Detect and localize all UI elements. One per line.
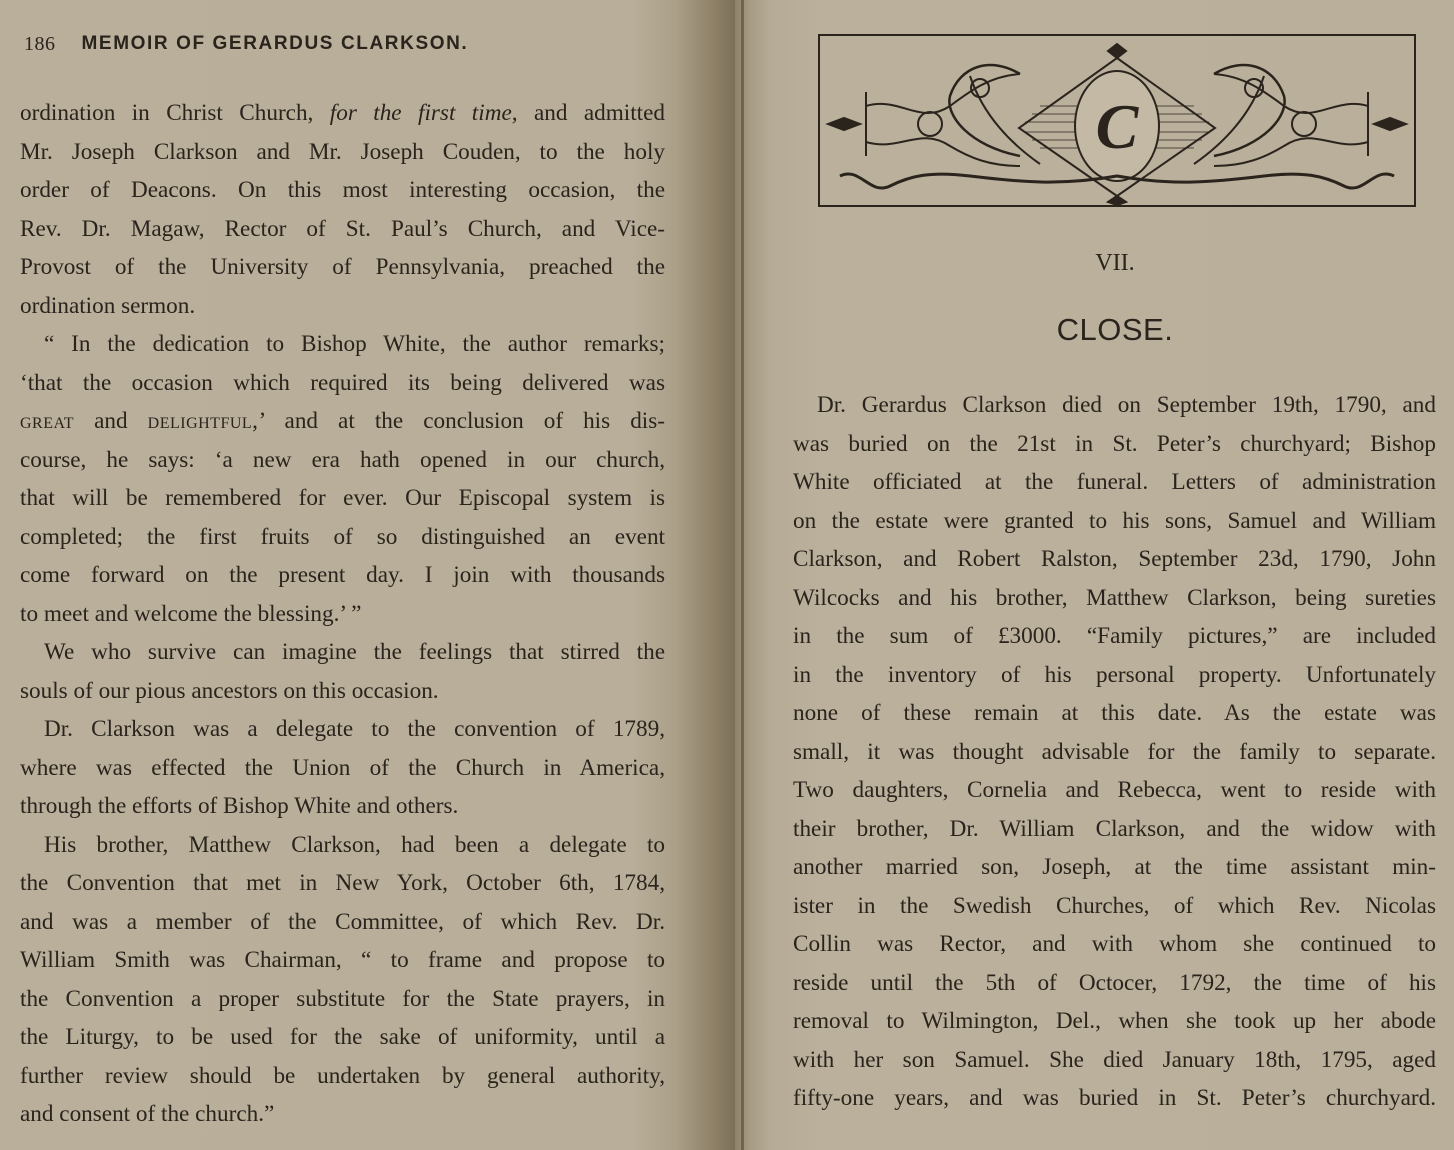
text-line: ‘that the occasion which required its be… — [20, 364, 665, 403]
ornament-initial-letter: C — [1096, 91, 1140, 162]
text-line: Dr. Clarkson was a delegate to the conve… — [20, 710, 665, 749]
text-line: Collin was Rector, and with whom she con… — [793, 925, 1436, 964]
text-line: souls of our pious ancestors on this occ… — [20, 672, 665, 711]
text-line: come forward on the present day. I join … — [20, 556, 665, 595]
text-line: further review should be undertaken by g… — [20, 1057, 665, 1096]
text-line: ordination sermon. — [20, 287, 665, 326]
text-line: another married son, Joseph, at the time… — [793, 848, 1436, 887]
text-line: We who survive can imagine the feelings … — [20, 633, 665, 672]
small-caps-word: great — [20, 408, 74, 434]
decorative-headpiece-ornament: C — [818, 34, 1416, 207]
text-line: through the efforts of Bishop White and … — [20, 787, 665, 826]
text-line: fifty-one years, and was buried in St. P… — [793, 1079, 1436, 1118]
text-line: where was effected the Union of the Chur… — [20, 749, 665, 788]
text-line: ordination in Christ Church, for the fir… — [20, 94, 665, 133]
text-line: that will be remembered for ever. Our Ep… — [20, 479, 665, 518]
text-line: was buried on the 21st in St. Peter’s ch… — [793, 425, 1436, 464]
text-line: completed; the first fruits of so distin… — [20, 518, 665, 557]
text-line: none of these remain at this date. As th… — [793, 694, 1436, 733]
text-line: to meet and welcome the blessing.’ ” — [20, 595, 665, 634]
text-line: on the estate were granted to his sons, … — [793, 502, 1436, 541]
text-line: and was a member of the Committee, of wh… — [20, 903, 665, 942]
text-line: Rev. Dr. Magaw, Rector of St. Paul’s Chu… — [20, 210, 665, 249]
text-line: the Liturgy, to be used for the sake of … — [20, 1018, 665, 1057]
italic-phrase: for the first time, — [330, 100, 518, 126]
text-line: their brother, Dr. William Clarkson, and… — [793, 810, 1436, 849]
text-line: in the sum of £3000. “Family pictures,” … — [793, 617, 1436, 656]
text-line: His brother, Matthew Clarkson, had been … — [20, 826, 665, 865]
text-line: in the inventory of his personal propert… — [793, 656, 1436, 695]
left-page: 186 MEMOIR OF GERARDUS CLARKSON. ordinat… — [0, 0, 735, 1150]
running-head: 186 MEMOIR OF GERARDUS CLARKSON. — [24, 33, 644, 56]
text-line: and consent of the church.” — [20, 1095, 665, 1134]
book-gutter — [741, 0, 744, 1150]
text-line: Dr. Gerardus Clarkson died on September … — [793, 386, 1436, 425]
running-head-title: MEMOIR OF GERARDUS CLARKSON. — [82, 33, 469, 56]
right-page-body-text: Dr. Gerardus Clarkson died on September … — [793, 386, 1436, 1118]
text-line: White officiated at the funeral. Letters… — [793, 463, 1436, 502]
ornament-icon: C — [820, 36, 1414, 205]
text-line: Mr. Joseph Clarkson and Mr. Joseph Coude… — [20, 133, 665, 172]
text-line: Wilcocks and his brother, Matthew Clarks… — [793, 579, 1436, 618]
text-line: the Convention a proper substitute for t… — [20, 980, 665, 1019]
left-page-body-text: ordination in Christ Church, for the fir… — [20, 94, 665, 1134]
text-line: William Smith was Chairman, “ to frame a… — [20, 941, 665, 980]
text-line: “ In the dedication to Bishop White, the… — [20, 325, 665, 364]
text-line: removal to Wilmington, Del., when she to… — [793, 1002, 1436, 1041]
text-line: small, it was thought advisable for the … — [793, 733, 1436, 772]
text-line: the Convention that met in New York, Oct… — [20, 864, 665, 903]
text-line: Two daughters, Cornelia and Rebecca, wen… — [793, 771, 1436, 810]
text-line: Provost of the University of Pennsylvani… — [20, 248, 665, 287]
text-line: great and delightful,’ and at the conclu… — [20, 402, 665, 441]
text-line: course, he says: ‘a new era hath opened … — [20, 441, 665, 480]
text-line: with her son Samuel. She died January 18… — [793, 1041, 1436, 1080]
text-line: ister in the Swedish Churches, of which … — [793, 887, 1436, 926]
page-number: 186 — [24, 33, 56, 56]
small-caps-word: delightful, — [148, 408, 259, 434]
text-line: reside until the 5th of Octocer, 1792, t… — [793, 964, 1436, 1003]
chapter-title: CLOSE. — [1000, 312, 1230, 348]
text-line: order of Deacons. On this most interesti… — [20, 171, 665, 210]
chapter-number: VII. — [1060, 250, 1170, 277]
text-line: Clarkson, and Robert Ralston, September … — [793, 540, 1436, 579]
